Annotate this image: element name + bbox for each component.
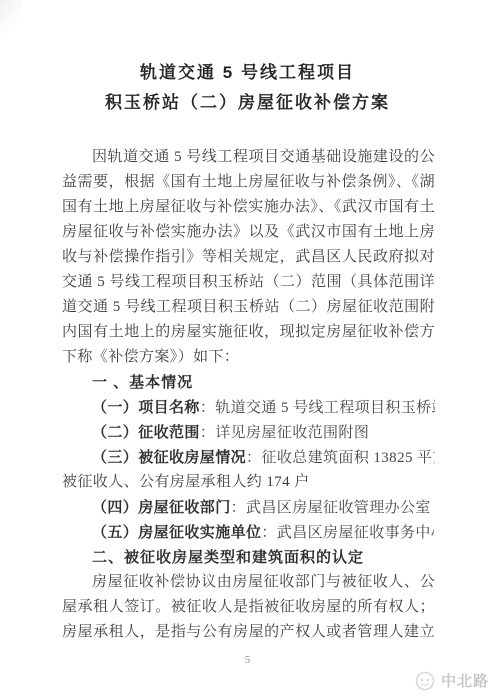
item-3-label: （三）被征收房屋情况 <box>92 449 246 466</box>
item-5-label: （五）房屋征收实施单位 <box>92 524 261 541</box>
document-title: 轨道交通 5 号线工程项目 积玉桥站（二）房屋征收补偿方案 <box>0 58 495 118</box>
item-2-value: ：详见房屋征收范围附图 <box>200 425 369 441</box>
watermark-logo-icon <box>415 671 435 691</box>
item-3-value: ：征收总建筑面积 13825 平方米， <box>246 450 435 466</box>
paragraph-line: 房屋征收补偿协议由房屋征收部门与被征收人、公有房 <box>62 570 435 595</box>
paragraph-line: 内国有土地上的房屋实施征收，现拟定房屋征收补偿方案（以 <box>62 320 435 345</box>
paragraph-line: 下称《补偿方案》）如下： <box>62 345 435 370</box>
section-2-heading: 二、被征收房屋类型和建筑面积的认定 <box>62 545 435 570</box>
document-body: 因轨道交通 5 号线工程项目交通基础设施建设的公共利 益需要，根据《国有土地上房… <box>0 145 495 645</box>
paragraph-line: 屋承租人签订。被征收人是指被征收房屋的所有权人；公有 <box>62 595 435 620</box>
section-1-item-3-continuation: 被征收人、公有房屋承租人约 174 户 <box>62 470 435 495</box>
section-1-item-3: （三）被征收房屋情况：征收总建筑面积 13825 平方米， <box>62 445 435 470</box>
paragraph-line: 收与补偿操作指引》等相关规定，武昌区人民政府拟对轨道 <box>62 245 435 270</box>
item-5-value: ：武昌区房屋征收事务中心 <box>261 525 435 541</box>
paragraph-line: 益需要，根据《国有土地上房屋征收与补偿条例》、《湖北省 <box>62 170 435 195</box>
item-4-label: （四）房屋征收部门 <box>92 499 231 516</box>
section-1-item-1: （一）项目名称：轨道交通 5 号线工程项目积玉桥站（二） <box>62 395 435 420</box>
scan-artifact <box>0 0 22 40</box>
paragraph-line: 房屋承租人，是指与公有房屋的产权人或者管理人建立租赁 <box>62 620 435 645</box>
paragraph-line: 道交通 5 号线工程项目积玉桥站（二）房屋征收范围附图） <box>62 295 435 320</box>
item-1-label: （一）项目名称 <box>92 399 200 416</box>
paragraph-line: 房屋征收与补偿实施办法》以及《武汉市国有土地上房屋征 <box>62 220 435 245</box>
document-title-line-2: 积玉桥站（二）房屋征收补偿方案 <box>0 88 495 118</box>
item-2-label: （二）征收范围 <box>92 424 200 441</box>
item-1-value: ：轨道交通 5 号线工程项目积玉桥站（二） <box>200 400 435 416</box>
section-1-item-5: （五）房屋征收实施单位：武昌区房屋征收事务中心 <box>62 520 435 545</box>
item-4-value: ：武昌区房屋征收管理办公室 <box>231 500 431 516</box>
paragraph-line: 国有土地上房屋征收与补偿实施办法》、《武汉市国有土地上 <box>62 195 435 220</box>
paragraph-line: 因轨道交通 5 号线工程项目交通基础设施建设的公共利 <box>62 145 435 170</box>
section-1-heading: 一 、基本情况 <box>62 370 435 395</box>
page-number: 5 <box>0 654 495 666</box>
watermark-label: 中北路 <box>441 670 489 691</box>
document-title-line-1: 轨道交通 5 号线工程项目 <box>0 58 495 88</box>
paragraph-line: 交通 5 号线工程项目积玉桥站（二）范围（具体范围详见轨 <box>62 270 435 295</box>
section-1-item-2: （二）征收范围：详见房屋征收范围附图 <box>62 420 435 445</box>
watermark: 中北路 <box>415 670 489 691</box>
section-1-item-4: （四）房屋征收部门：武昌区房屋征收管理办公室 <box>62 495 435 520</box>
document-page: 轨道交通 5 号线工程项目 积玉桥站（二）房屋征收补偿方案 因轨道交通 5 号线… <box>0 0 495 699</box>
